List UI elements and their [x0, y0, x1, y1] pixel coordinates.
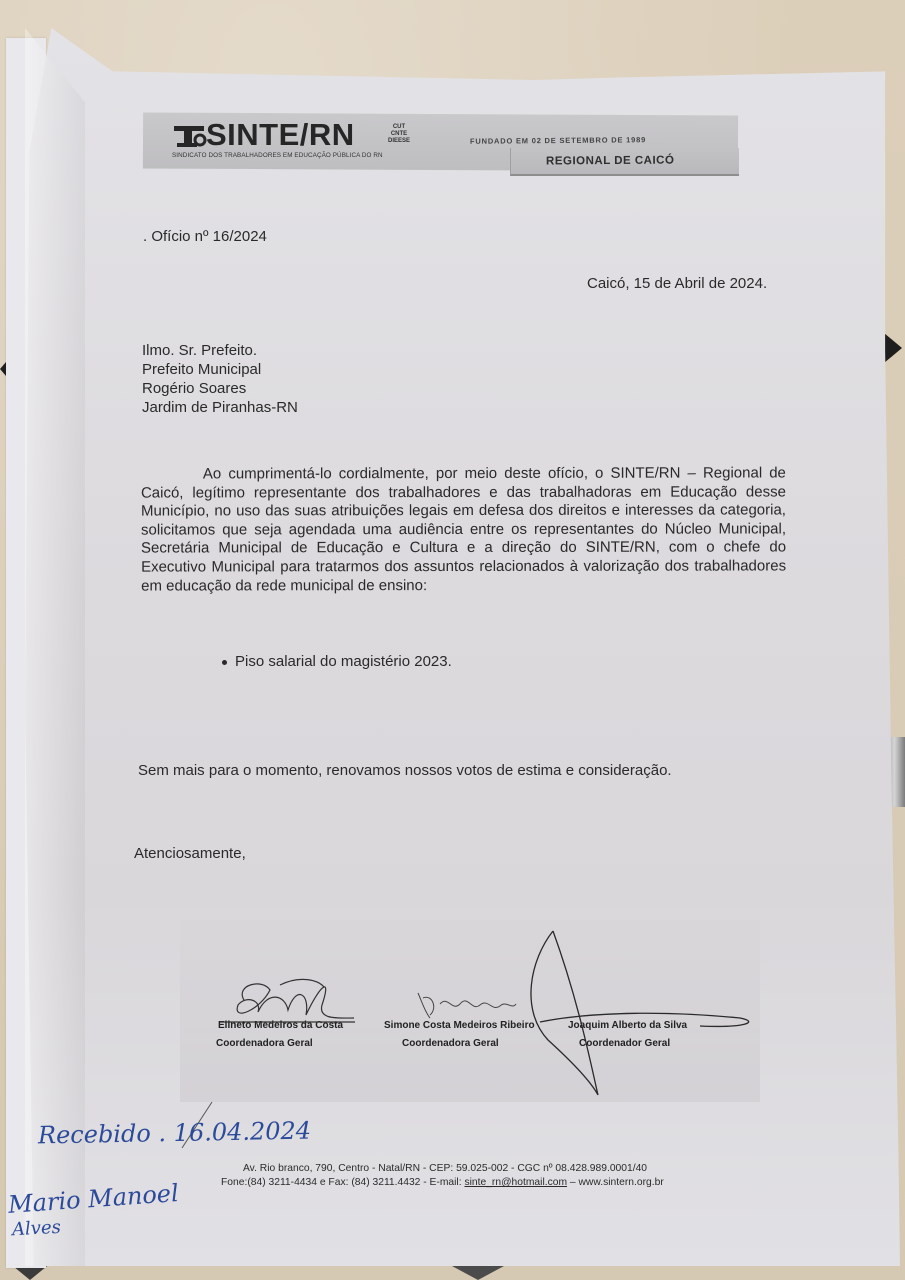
footer-address: Av. Rio branco, 790, Centro - Natal/RN -…: [243, 1163, 647, 1174]
founded-date: FUNDADO EM 02 DE SETEMBRO DE 1989: [470, 135, 646, 146]
handwritten-initials: Alves: [11, 1217, 61, 1241]
closing-line: Sem mais para o momento, renovamos nosso…: [138, 762, 672, 779]
topic-text: Piso salarial do magistério 2023.: [235, 653, 452, 670]
recipient-block: Ilmo. Sr. Prefeito. Prefeito Municipal R…: [142, 341, 298, 417]
signatory-role: Coordenador Geral: [579, 1038, 670, 1049]
document-reference: . Ofício nº 16/2024: [143, 228, 267, 245]
organization-logo-text: SINTE/RN: [206, 119, 355, 151]
footer-phone-fax: Fone:(84) 3211-4434 e Fax: (84) 3211.443…: [221, 1177, 464, 1188]
letter-body: Ao cumprimentá-lo cordialmente, por meio…: [141, 464, 786, 595]
footer-website: – www.sintern.org.br: [567, 1177, 664, 1188]
signature-area: [180, 920, 760, 1102]
place-date: Caicó, 15 de Abril de 2024.: [587, 275, 767, 292]
signatory-role: Coordenadora Geral: [216, 1038, 313, 1049]
signatory-name: Elineto Medeiros da Costa: [218, 1020, 343, 1031]
affiliation-cnte: CNTE: [380, 131, 418, 138]
topic-list-item: Piso salarial do magistério 2023.: [222, 653, 452, 670]
affiliation-dieese: DIEESE: [380, 138, 418, 145]
regional-name: REGIONAL DE CAICÓ: [546, 155, 675, 168]
affiliations: CUT CNTE DIEESE: [380, 124, 418, 145]
footer-email-link[interactable]: sinte_rn@hotmail.com: [464, 1177, 567, 1188]
footer-contact: Fone:(84) 3211-4434 e Fax: (84) 3211.443…: [221, 1177, 664, 1188]
paper-fold: [25, 28, 85, 1266]
organization-full-name: SINDICATO DOS TRABALHADORES EM EDUCAÇÃO …: [172, 152, 383, 159]
recipient-line: Prefeito Municipal: [142, 360, 298, 379]
regards: Atenciosamente,: [134, 845, 246, 862]
recipient-line: Jardim de Piranhas-RN: [142, 398, 298, 417]
recipient-line: Rogério Soares: [142, 379, 298, 398]
signatory-role: Coordenadora Geral: [402, 1038, 499, 1049]
handwritten-received-note: Recebido . 16.04.2024: [38, 1117, 312, 1150]
recipient-line: Ilmo. Sr. Prefeito.: [142, 341, 298, 360]
signatory-name: Joaquim Alberto da Silva: [568, 1020, 687, 1031]
binder-clip: [452, 1266, 504, 1280]
sinte-logo-icon: [174, 126, 208, 148]
signatory-name: Simone Costa Medeiros Ribeiro: [384, 1020, 535, 1031]
affiliation-cut: CUT: [380, 124, 418, 131]
bullet-icon: [222, 660, 227, 665]
